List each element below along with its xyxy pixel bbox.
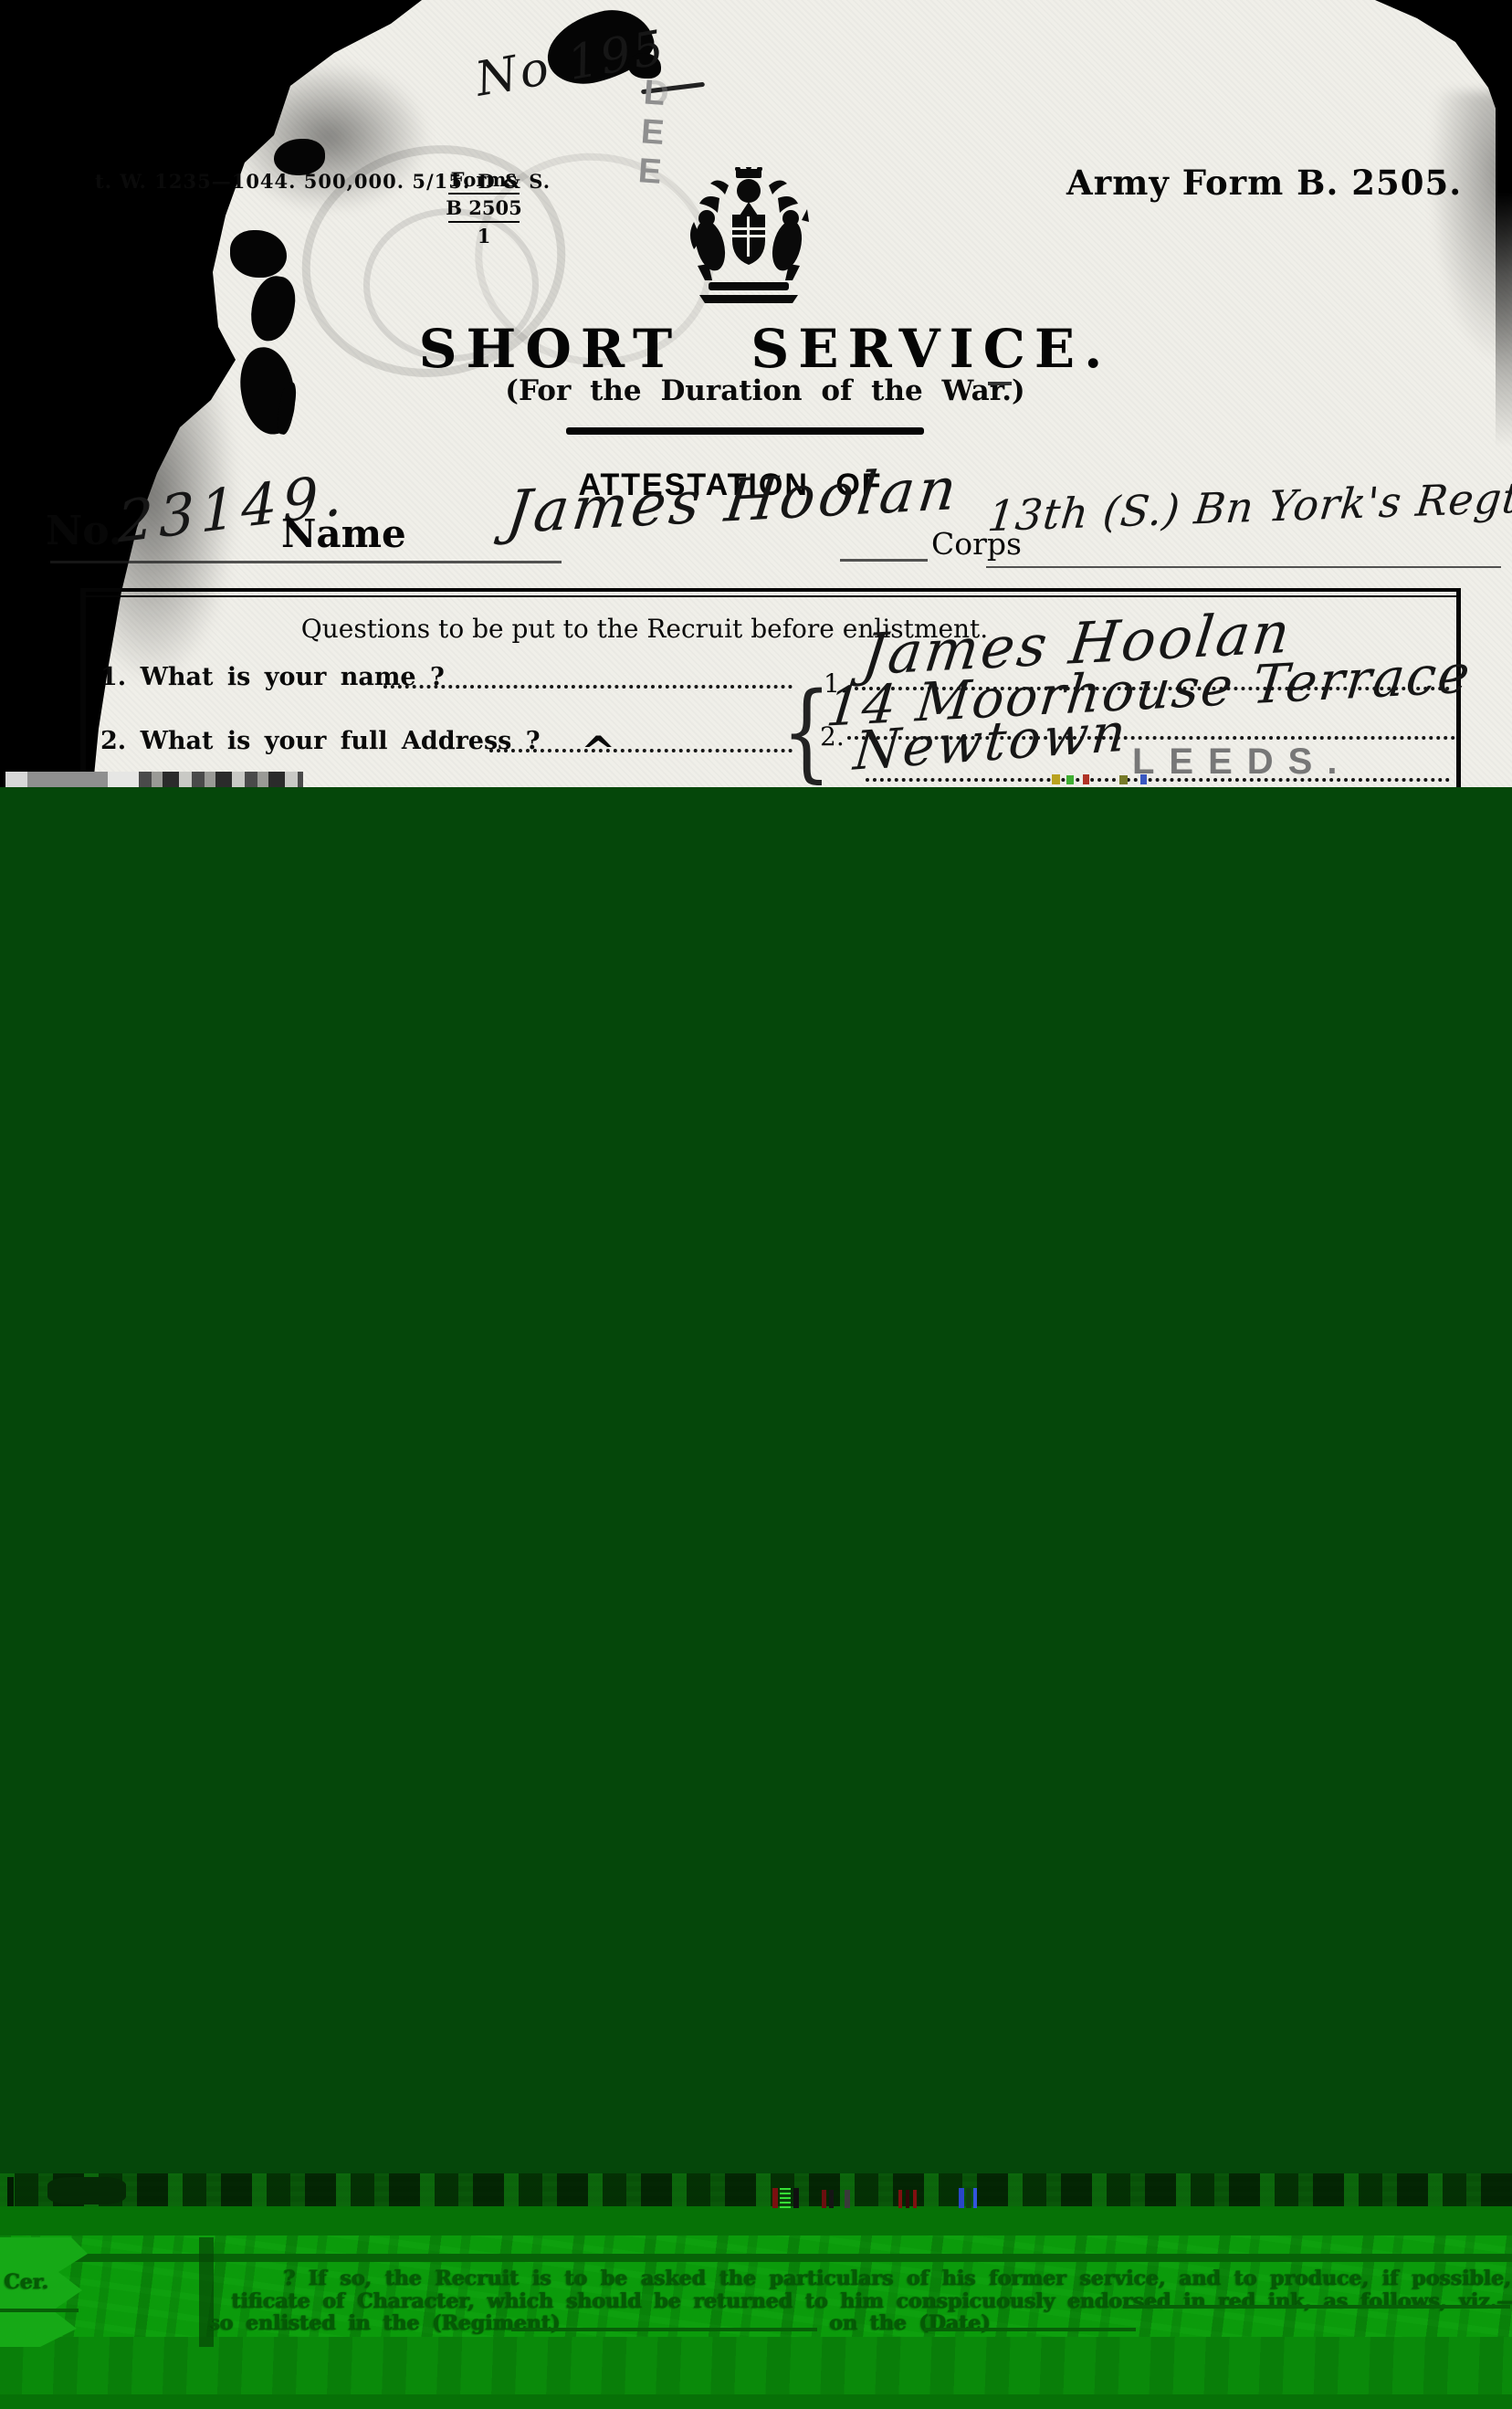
question-1-leader-dots — [383, 663, 793, 689]
questions-box-border-top-inner — [80, 595, 1461, 597]
leeds-stamp-partial: L E ED — [643, 73, 688, 115]
pen-caret-mark: ^ — [581, 727, 616, 776]
question-2-leader-dots — [489, 727, 793, 752]
glitch-dark-bar — [7, 2177, 14, 2206]
green-bottom-edge — [0, 2394, 1512, 2409]
green-textured-strip — [0, 2235, 1512, 2254]
bottom-blank-rule — [511, 2328, 817, 2331]
green-flat-band — [0, 2206, 1512, 2235]
scanned-attestation-form: No 195 L E ED t. W. 1235—1044. 500,000. … — [0, 0, 1512, 2409]
glitch-pixel — [1119, 775, 1128, 784]
glitch-pixel — [1140, 774, 1147, 784]
glitch-bar — [898, 2190, 902, 2208]
forms-divider — [448, 221, 520, 223]
glitch-pixel — [1066, 775, 1074, 784]
questions-box-border-top — [80, 588, 1461, 592]
bottom-text-line-2: tificate of Character, which should be r… — [231, 2289, 1512, 2313]
bottom-blank-rule — [924, 2328, 1136, 2331]
forms-sub: 1 — [445, 225, 523, 247]
green-redaction-block — [0, 787, 1512, 2173]
forms-number: B 2505 — [445, 196, 523, 219]
glitch-bar — [966, 2188, 971, 2208]
corps-underline — [986, 566, 1501, 568]
form-title: SHORT SERVICE. — [18, 318, 1512, 380]
glitch-bar — [822, 2190, 826, 2208]
glitch-bar — [973, 2188, 977, 2208]
glitch-bar — [793, 2188, 799, 2208]
no-label: No. — [46, 508, 122, 554]
glitch-bar — [780, 2188, 791, 2208]
green-mottled-strip — [0, 2173, 1512, 2206]
glitch-gray-segment — [5, 772, 27, 787]
bottom-text-line-3-left: so enlisted in the (Regiment) — [208, 2311, 560, 2335]
army-form-number: Army Form B. 2505. — [1066, 163, 1462, 203]
glitch-bar — [959, 2188, 964, 2208]
title-divider — [566, 427, 924, 435]
glitch-gray-segment — [108, 772, 139, 787]
bottom-blank-rule — [1123, 2305, 1510, 2309]
glitch-bar — [906, 2190, 909, 2208]
forms-label: Forms — [445, 168, 523, 191]
glitch-bar — [772, 2188, 778, 2208]
glitch-pixel — [1052, 774, 1060, 784]
name-underline — [840, 559, 928, 562]
forms-divider — [448, 193, 520, 195]
leeds-stamp-address: LEEDS. — [1132, 742, 1351, 783]
no-underline — [50, 561, 562, 563]
royal-coat-of-arms-icon — [683, 167, 814, 311]
glitch-bar — [845, 2190, 850, 2208]
question-2-label: 2. What is your full Address ? — [100, 727, 541, 755]
glitch-pixel — [1083, 774, 1089, 784]
pen-tick — [988, 382, 1012, 385]
leeds-stamp-faded-letter: D — [643, 73, 688, 114]
glitch-gray-segment — [27, 772, 108, 787]
name-label: Name — [281, 511, 406, 556]
form-subtitle: (For the Duration of the War.) — [18, 374, 1512, 407]
bottom-fragment-dash — [0, 2309, 79, 2312]
bottom-text-line-3-right: on the (Date) — [829, 2311, 990, 2335]
glitch-dark-blob — [47, 2177, 126, 2204]
green-horizontal-rule — [0, 2254, 1512, 2262]
glitch-bar — [913, 2190, 917, 2208]
bottom-text-line-1: ? If so, the Recruit is to be asked the … — [283, 2267, 1512, 2290]
glitch-bar — [829, 2190, 834, 2208]
forms-reference-block: Forms B 2505 1 — [445, 168, 523, 247]
glitch-noise-segment — [139, 772, 303, 787]
bottom-fragment-cer: Cer. — [4, 2270, 48, 2294]
